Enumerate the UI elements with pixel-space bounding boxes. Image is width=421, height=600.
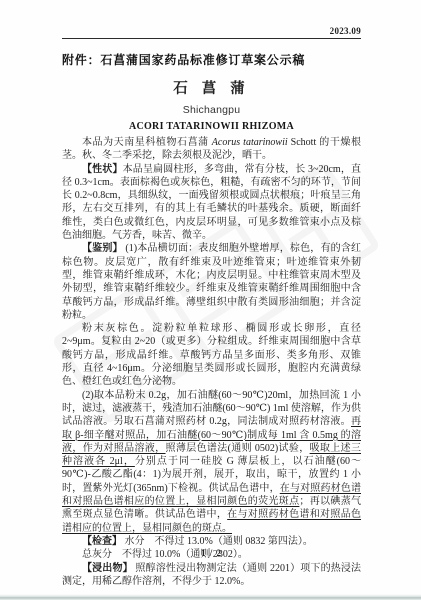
paragraph: 【性状】本品呈扁圆柱形，多弯曲，常有分枝，长 3~20cm，直径 0.3~1cm… bbox=[62, 163, 361, 243]
drug-title-latin: ACORI TATARINOWII RHIZOMA bbox=[62, 121, 361, 132]
paragraph: 【浸出物】 照醇溶性浸出物测定法（通则 2201）项下的热浸法测定，用稀乙醇作溶… bbox=[62, 562, 361, 589]
page-content: 2023.09 附件：石菖蒲国家药品标准修订草案公示稿 石 菖 蒲 Shicha… bbox=[62, 0, 361, 600]
document-body: 本品为天南星科植物石菖蒲 Acorus tatarinowii Schott 的… bbox=[62, 136, 361, 588]
header-rule bbox=[62, 38, 361, 39]
paragraph: 【检查】 水分 不得过 13.0%（通则 0832 第四法）。 bbox=[62, 535, 361, 548]
text-segment: 【鉴别】 bbox=[82, 243, 123, 254]
paragraph: 本品为天南星科植物石菖蒲 Acorus tatarinowii Schott 的… bbox=[62, 136, 361, 163]
paragraph: 【鉴别】 (1)本品横切面：表皮细胞外壁增厚，棕色，有的含红棕色物。皮层宽广，散… bbox=[62, 242, 361, 322]
text-segment: Acorus tatarinowii bbox=[212, 137, 288, 148]
text-segment: 【浸出物】 bbox=[82, 563, 133, 574]
text-segment: 水分 不得过 13.0%（通则 0832 第四法）。 bbox=[122, 536, 313, 547]
text-segment: 本品为天南星科植物石菖蒲 bbox=[82, 137, 212, 148]
text-segment: 【性状】 bbox=[82, 164, 123, 175]
drug-title-chinese: 石 菖 蒲 bbox=[62, 77, 361, 98]
paragraph: (2)取本品粉末 0.2g，加石油醚(60～90℃)20ml，加热回流 1 小时… bbox=[62, 389, 361, 535]
header-date: 2023.09 bbox=[330, 26, 361, 36]
text-segment: (1)本品横切面：表皮细胞外壁增厚，棕色，有的含红棕色物。皮层宽广，散有纤维束及… bbox=[62, 243, 361, 320]
page-bottom-edge bbox=[0, 594, 421, 600]
text-segment: 【检查】 bbox=[82, 536, 122, 547]
drug-title-pinyin: Shichangpu bbox=[62, 104, 361, 116]
page-number: 1 / 2 bbox=[62, 548, 361, 558]
text-segment: (2)取本品粉末 0.2g，加石油醚(60～90℃)20ml，加热回流 1 小时… bbox=[62, 390, 361, 428]
attachment-heading: 附件：石菖蒲国家药品标准修订草案公示稿 bbox=[62, 51, 361, 68]
text-segment: 粉末灰棕色。淀粉粒单粒球形、椭圆形或长卵形，直径 2~9μm。复粒由 2~20（… bbox=[62, 323, 361, 387]
document-page: 2023.09 附件：石菖蒲国家药品标准修订草案公示稿 石 菖 蒲 Shicha… bbox=[0, 0, 421, 600]
paragraph: 粉末灰棕色。淀粉粒单粒球形、椭圆形或长卵形，直径 2~9μm。复粒由 2~20（… bbox=[62, 322, 361, 388]
text-segment: 本品呈扁圆柱形，多弯曲，常有分枝，长 3~20cm，直径 0.3~1cm。表面棕… bbox=[62, 164, 361, 241]
text-segment: 照薄层色谱法(通则 0502)试验， bbox=[166, 443, 310, 454]
